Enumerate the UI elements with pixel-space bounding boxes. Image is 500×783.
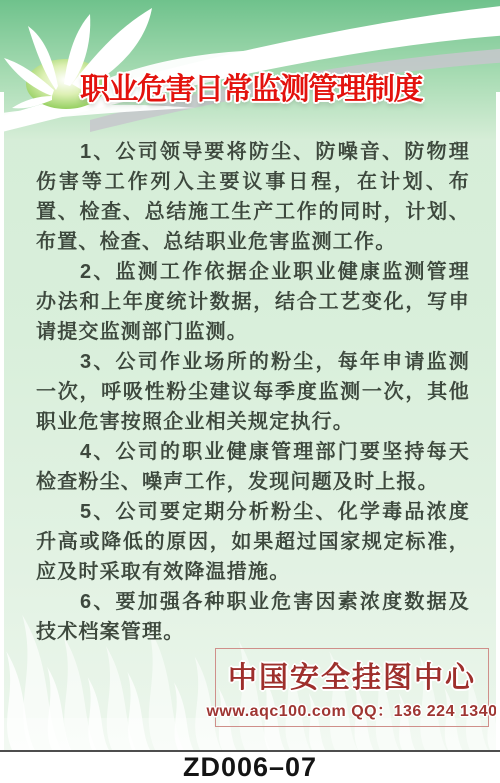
rule-paragraph-6: 6、要加强各种职业危害因素浓度数据及技术档案管理。 bbox=[36, 587, 470, 647]
poster-left-margin bbox=[0, 92, 4, 750]
footer-band: ZD006–07 bbox=[0, 750, 500, 783]
poster-title: 职业危害日常监测管理制度 bbox=[80, 64, 440, 108]
publisher-logo-box: 中国安全挂图中心 www.aqc100.com QQ：136 224 1340 bbox=[215, 648, 489, 727]
publisher-contact-line: www.aqc100.com QQ：136 224 1340 bbox=[206, 698, 497, 721]
catalog-code: ZD006–07 bbox=[183, 752, 317, 783]
rule-paragraph-4: 4、公司的职业健康管理部门要坚持每天检查粉尘、噪声工作，发现问题及时上报。 bbox=[36, 437, 470, 497]
rule-paragraph-5: 5、公司要定期分析粉尘、化学毒品浓度升高或降低的原因，如果超过国家规定标准，应及… bbox=[36, 497, 470, 587]
rule-paragraph-3: 3、公司作业场所的粉尘，每年申请监测一次，呼吸性粉尘建议每季度监测一次，其他职业… bbox=[36, 347, 470, 437]
rules-text-block: 1、公司领导要将防尘、防噪音、防物理伤害等工作列入主要议事日程，在计划、布置、检… bbox=[36, 137, 470, 647]
publisher-brand-name: 中国安全挂图中心 bbox=[228, 655, 476, 696]
rule-paragraph-2: 2、监测工作依据企业职业健康监测管理办法和上年度统计数据，结合工艺变化，写申请提… bbox=[36, 257, 470, 347]
publisher-qq: QQ：136 224 1340 bbox=[351, 703, 497, 720]
poster-right-margin bbox=[496, 92, 500, 750]
poster-page: 职业危害日常监测管理制度 1、公司领导要将防尘、防噪音、防物理伤害等工作列入主要… bbox=[0, 0, 500, 783]
publisher-website: www.aqc100.com bbox=[206, 703, 346, 720]
poster-canvas: 职业危害日常监测管理制度 1、公司领导要将防尘、防噪音、防物理伤害等工作列入主要… bbox=[0, 0, 500, 750]
rule-paragraph-1: 1、公司领导要将防尘、防噪音、防物理伤害等工作列入主要议事日程，在计划、布置、检… bbox=[36, 137, 470, 257]
